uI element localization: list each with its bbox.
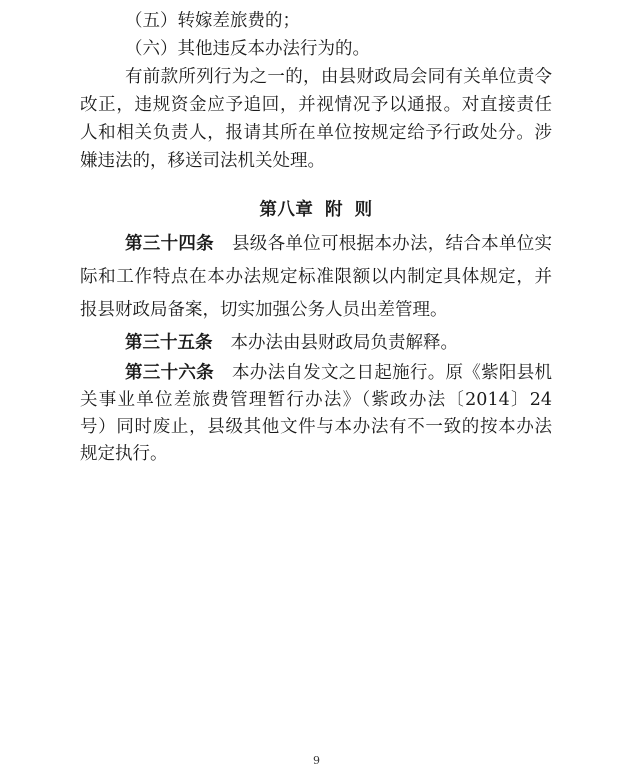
article-34: 第三十四条县级各单位可根据本办法，结合本单位实际和工作特点在本办法规定标准限额以… <box>80 228 552 327</box>
document-page: （五）转嫁差旅费的； （六）其他违反本办法行为的。 有前款所列行为之一的，由县财… <box>0 0 633 779</box>
article-35-number: 第三十五条 <box>125 333 213 353</box>
article-34-number: 第三十四条 <box>125 234 214 254</box>
article-35-text: 本办法由县财政局负责解释。 <box>231 333 459 353</box>
page-number: 9 <box>0 754 633 767</box>
article-36-number: 第三十六条 <box>125 363 214 383</box>
clause-item-5: （五）转嫁差旅费的； <box>80 7 552 35</box>
chapter-heading: 第八章 附 则 <box>80 195 552 225</box>
article-36: 第三十六条本办法自发文之日起施行。原《紫阳县机关事业单位差旅费管理暂行办法》（紫… <box>80 360 552 468</box>
enforcement-paragraph: 有前款所列行为之一的，由县财政局会同有关单位责令改正，违规资金应予追回，并视情况… <box>80 63 552 175</box>
clause-item-6: （六）其他违反本办法行为的。 <box>80 35 552 63</box>
document-content: （五）转嫁差旅费的； （六）其他违反本办法行为的。 有前款所列行为之一的，由县财… <box>80 7 552 468</box>
article-35: 第三十五条本办法由县财政局负责解释。 <box>80 327 552 360</box>
